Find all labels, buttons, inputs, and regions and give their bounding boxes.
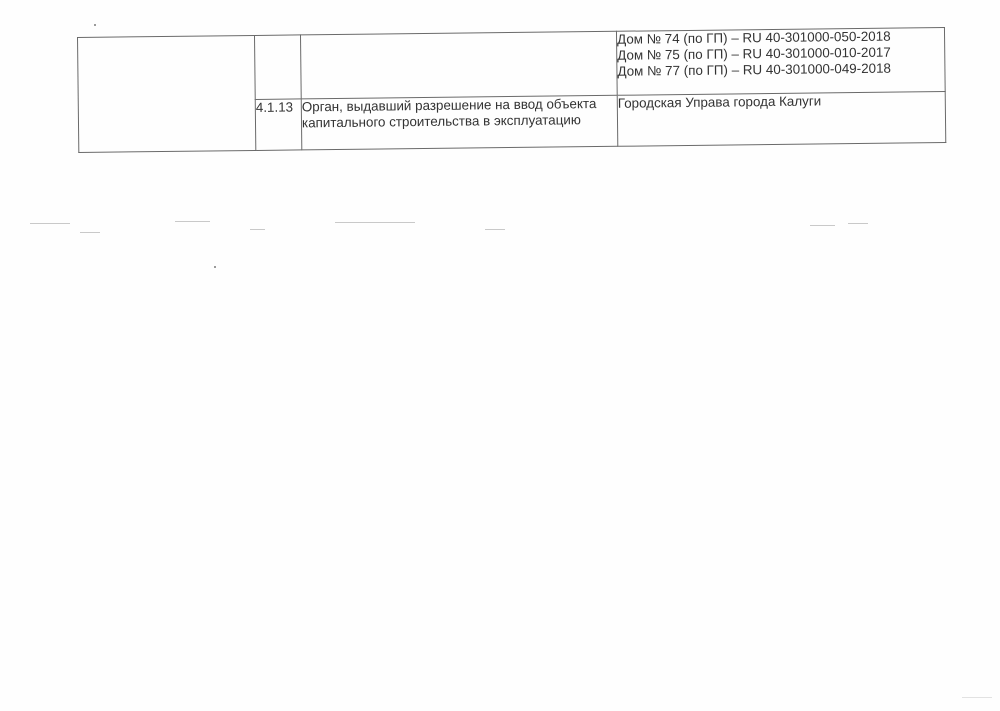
scan-artifact [962,697,992,698]
row-label-cell-empty [300,31,617,99]
scan-artifact [335,222,415,223]
scan-artifact [848,223,868,224]
row-number-cell-empty [254,35,301,100]
permit-line-house-77: Дом № 77 (по ГП) – RU 40-301000-049-2018 [617,60,944,80]
document-table: Дом № 74 (по ГП) – RU 40-301000-050-2018… [77,27,946,153]
scan-artifact [485,229,505,230]
scan-artifact [94,24,96,26]
issuing-authority-cell: Городская Управа города Калуги [617,92,946,147]
scan-artifact [30,223,70,224]
scan-artifact [214,266,216,268]
row-number-cell: 4.1.13 [255,99,302,151]
scan-artifact [80,232,100,233]
section-cell-empty [78,35,256,152]
row-label-cell: Орган, выдавший разрешение на ввод объек… [301,95,618,150]
permits-cell: Дом № 74 (по ГП) – RU 40-301000-050-2018… [616,28,945,96]
scanned-page: Дом № 74 (по ГП) – RU 40-301000-050-2018… [0,0,1000,711]
scan-artifact [250,229,265,230]
scan-artifact [810,225,835,226]
scan-artifact [175,221,210,222]
document-table-wrapper: Дом № 74 (по ГП) – RU 40-301000-050-2018… [77,27,945,152]
table-row-permits: Дом № 74 (по ГП) – RU 40-301000-050-2018… [78,28,946,102]
